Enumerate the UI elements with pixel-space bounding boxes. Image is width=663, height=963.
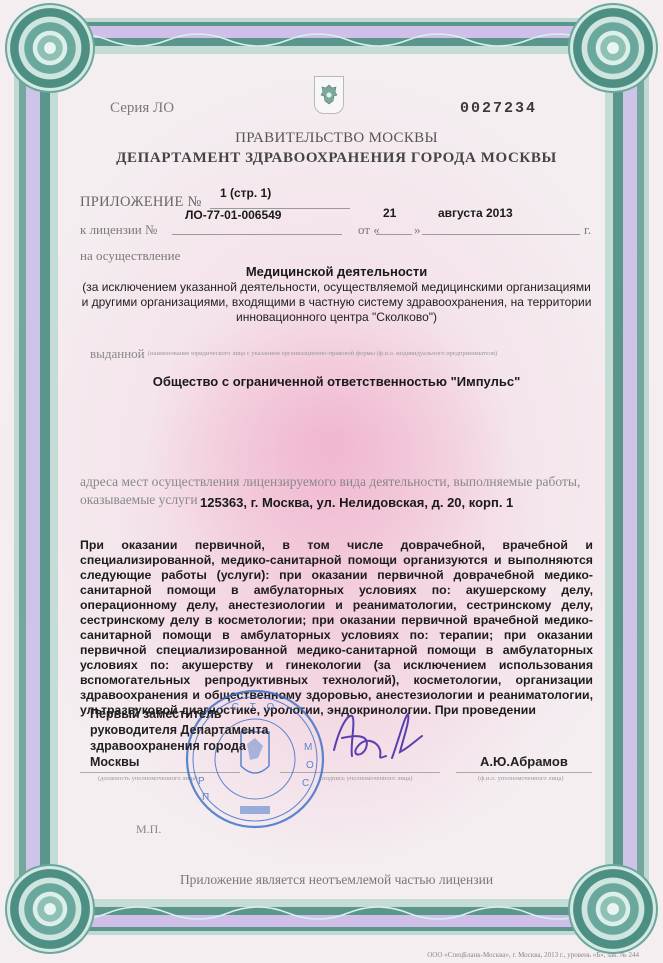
form-serial-number: 0027234 — [460, 100, 537, 117]
license-month-year: августа 2013 — [438, 206, 513, 220]
license-appendix-page: Серия ЛО 0027234 ПРАВИТЕЛЬСТВО МОСКВЫ ДЕ… — [0, 0, 663, 963]
appendix-label: ПРИЛОЖЕНИЕ № — [80, 194, 202, 211]
issued-label: выданной — [90, 346, 145, 362]
license-number: ЛО-77-01-006549 — [185, 208, 281, 222]
stamp-place-label: М.П. — [136, 822, 161, 837]
name-underline — [456, 772, 592, 773]
activity-description: (за исключением указанной деятельности, … — [80, 280, 593, 325]
printer-imprint: ООО «СпецБланк-Москва», г. Москва, 2013 … — [427, 951, 639, 959]
signer-position-line: здравоохранения города — [90, 738, 268, 754]
activity-title: Медицинской деятельности — [80, 264, 593, 279]
signature-caption: (подпись уполномоченного лица) — [320, 775, 412, 782]
activity-label: на осуществление — [80, 248, 180, 264]
svg-text:М: М — [304, 742, 312, 753]
organization-name: Общество с ограниченной ответственностью… — [80, 374, 593, 389]
svg-text:Р: Р — [198, 776, 205, 787]
works-services-text: При оказании первичной, в том числе довр… — [80, 538, 593, 718]
svg-text:О: О — [306, 760, 314, 771]
handwritten-signature-icon — [330, 706, 430, 766]
license-day: 21 — [383, 206, 396, 220]
license-from-label: от « — [358, 222, 380, 238]
issued-hint: (наименование юридического лица с указан… — [148, 350, 497, 357]
appendix-number: 1 (стр. 1) — [220, 186, 271, 200]
russian-coat-of-arms-icon — [314, 76, 344, 114]
svg-text:С: С — [302, 778, 309, 789]
address-value: 125363, г. Москва, ул. Нелидовская, д. 2… — [200, 495, 513, 510]
license-underline — [172, 234, 342, 235]
corner-rosette-icon — [10, 8, 90, 88]
name-caption: (ф.и.о. уполномоченного лица) — [478, 775, 564, 782]
svg-text:П: П — [202, 792, 209, 803]
ornamental-border-right — [605, 48, 649, 903]
corner-rosette-icon — [10, 869, 90, 949]
license-year-suffix: г. — [584, 222, 591, 238]
document-body: Серия ЛО 0027234 ПРАВИТЕЛЬСТВО МОСКВЫ ДЕ… — [80, 70, 593, 903]
government-title: ПРАВИТЕЛЬСТВО МОСКВЫ — [80, 130, 593, 147]
license-date-underline — [422, 234, 580, 235]
department-title: ДЕПАРТАМЕНТ ЗДРАВООХРАНЕНИЯ ГОРОДА МОСКВ… — [80, 150, 593, 167]
signer-position: Первый заместитель руководителя Департам… — [90, 706, 268, 770]
license-label: к лицензии № — [80, 222, 157, 238]
ornamental-border-bottom — [48, 899, 615, 935]
signer-position-line: руководителя Департамента — [90, 722, 268, 738]
ornamental-border-left — [14, 48, 58, 903]
position-caption: (должность уполномоченного лица) — [98, 775, 198, 782]
appendix-note: Приложение является неотъемлемой частью … — [80, 872, 593, 888]
license-from-close: » — [414, 222, 421, 238]
signer-name: А.Ю.Абрамов — [480, 754, 568, 769]
signer-position-line: Москвы — [90, 754, 268, 770]
license-day-underline — [376, 234, 412, 235]
signer-position-line: Первый заместитель — [90, 706, 268, 722]
series-label: Серия ЛО — [110, 100, 174, 117]
ornamental-border-top — [48, 18, 615, 54]
